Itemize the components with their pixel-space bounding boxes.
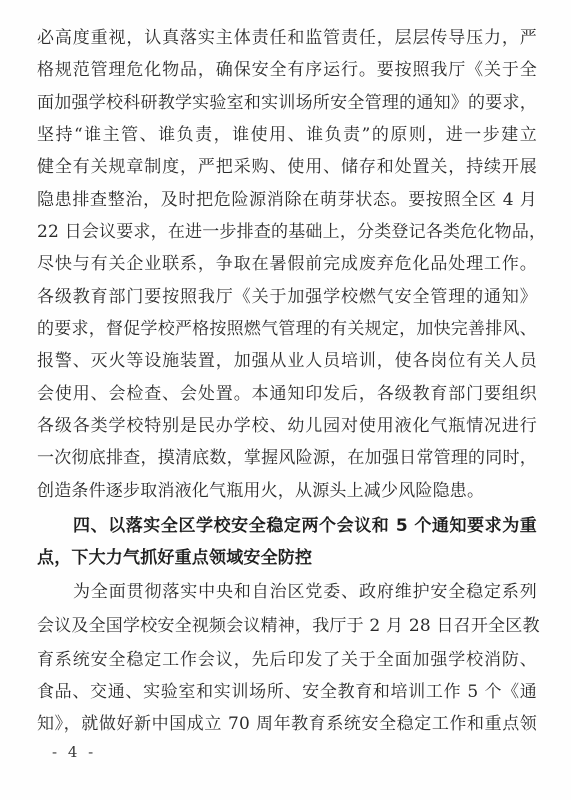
body-line: 为全面贯彻落实中央和自治区党委、政府维护安全稳定系列: [73, 580, 537, 604]
body-line: 坚持“谁主管、谁负责，谁使用、谁负责”的原则，进一步建立: [37, 123, 537, 147]
body-line: 知》，就做好新中国成立 70 周年教育系统安全稳定工作和重点领: [37, 712, 537, 736]
body-line: 会使用、会检查、会处置。本通知印发后，各级教育部门要组织: [37, 382, 537, 406]
body-line: 必高度重视，认真落实主体责任和监管责任，层层传导压力，严: [37, 26, 537, 50]
body-line: 食品、交通、实验室和实训场所、安全教育和培训工作 5 个《通: [37, 680, 537, 704]
page-number: - 4 -: [52, 741, 96, 763]
section-heading-line: 四、以落实全区学校安全稳定两个会议和 5 个通知要求为重: [73, 514, 537, 538]
body-line: 面加强学校科研教学实验室和实训场所安全管理的通知》的要求，: [37, 91, 537, 115]
body-line: 各级教育部门要按照我厅《关于加强学校燃气安全管理的通知》: [37, 285, 537, 309]
section-heading-line: 点，下大力气抓好重点领域安全防控: [37, 546, 537, 570]
body-line: 各级各类学校特别是民办学校、幼儿园对使用液化气瓶情况进行: [37, 414, 537, 438]
body-line: 育系统安全稳定工作会议，先后印发了关于全面加强学校消防、: [37, 648, 537, 672]
body-line: 一次彻底排查，摸清底数，掌握风险源，在加强日常管理的同时，: [37, 446, 537, 470]
body-line: 的要求，督促学校严格按照燃气管理的有关规定，加快完善排风、: [37, 317, 537, 341]
body-line: 尽快与有关企业联系，争取在暑假前完成废弃危化品处理工作。: [37, 252, 537, 276]
body-line: 格规范管理危化物品，确保安全有序运行。要按照我厅《关于全: [37, 58, 537, 82]
document-page: 必高度重视，认真落实主体责任和监管责任，层层传导压力，严 格规范管理危化物品，确…: [0, 0, 571, 800]
body-line: 隐患排查整治，及时把危险源消除在萌芽状态。要按照全区 4 月: [37, 188, 537, 212]
body-line: 报警、灭火等设施装置，加强从业人员培训，使各岗位有关人员: [37, 349, 537, 373]
body-line: 创造条件逐步取消液化气瓶用火，从源头上减少风险隐患。: [37, 479, 537, 503]
body-line: 健全有关规章制度，严把采购、使用、储存和处置关，持续开展: [37, 155, 537, 179]
body-line: 22 日会议要求，在进一步排查的基础上，分类登记各类危化物品，: [37, 220, 537, 244]
body-line: 会议及全国学校安全视频会议精神，我厅于 2 月 28 日召开全区教: [37, 614, 537, 638]
